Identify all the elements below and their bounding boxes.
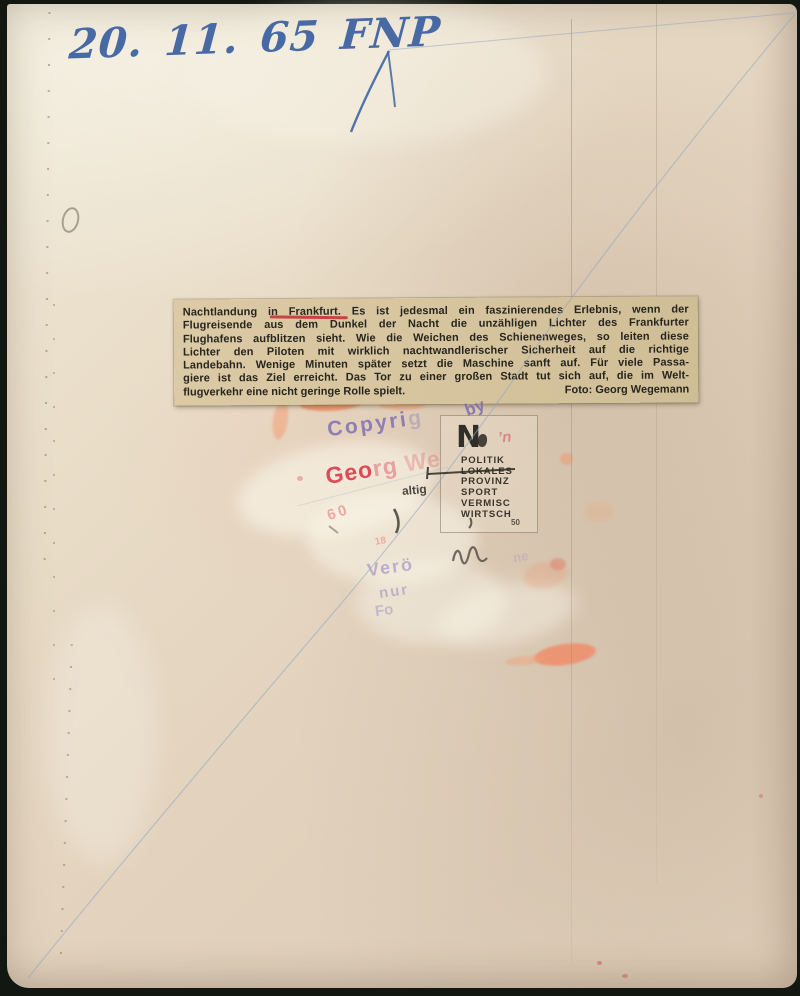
- ink-speck: [622, 974, 628, 978]
- retouch-smudge: [505, 654, 546, 666]
- stamp-fragment-18: 18: [374, 535, 387, 548]
- clipping-last-text: flugverkehr eine nicht geringe Rolle spi…: [183, 385, 405, 400]
- photo-paper: 20. 11. 65 FNP Nachtlandung in Frankfurt…: [7, 4, 797, 988]
- clipping-last-line: flugverkehr eine nicht geringe Rolle spi…: [183, 383, 689, 399]
- copyright-stamp: Copyrig: [326, 406, 425, 442]
- retouch-smudge: [585, 502, 613, 522]
- retouch-smudge: [270, 399, 290, 441]
- photographer-stamp-mid: rg: [371, 452, 400, 482]
- ink-speck: [597, 961, 602, 965]
- red-pen-mark: ’n: [497, 428, 512, 446]
- ink-speck: [297, 476, 303, 481]
- photographer-stamp-faint: We: [403, 445, 443, 476]
- archive-photo-verso: 20. 11. 65 FNP Nachtlandung in Frankfurt…: [0, 0, 800, 996]
- copyright-stamp-visible: Copyri: [326, 408, 410, 441]
- pencil-oval-mark: [59, 205, 82, 234]
- stamp-fragment-ne: ne: [512, 548, 530, 565]
- news-clipping: Nachtlandung in Frankfurt. Es ist jedesm…: [174, 296, 699, 405]
- copyright-stamp-faded: g: [407, 406, 425, 431]
- stamp-fragment-fo: Fo: [374, 601, 395, 620]
- stamp-fragment-altig: altig: [401, 482, 427, 498]
- section-item: WIRTSCH: [461, 510, 513, 521]
- ink-speck: [759, 794, 763, 798]
- newspaper-section-slip: N ’n POLITIK LOKALES PROVINZ SPORT VERMI…: [440, 415, 538, 533]
- vertical-crease: [656, 4, 657, 884]
- vertical-crease: [571, 19, 572, 964]
- section-item: VERMISC: [461, 499, 513, 510]
- pencil-tick-column: [53, 304, 55, 704]
- red-underline-mark: [270, 315, 348, 318]
- photo-credit: Foto: Georg Wegemann: [565, 383, 690, 397]
- retouch-smudge: [533, 640, 597, 669]
- newspaper-logo: N: [456, 420, 480, 455]
- section-list: POLITIK LOKALES PROVINZ SPORT VERMISC WI…: [461, 456, 513, 520]
- worn-logo-fragment: [477, 433, 488, 447]
- slip-footnote: 50: [511, 518, 520, 527]
- pencil-tick-column: [44, 12, 51, 572]
- retouch-smudge: [550, 558, 566, 570]
